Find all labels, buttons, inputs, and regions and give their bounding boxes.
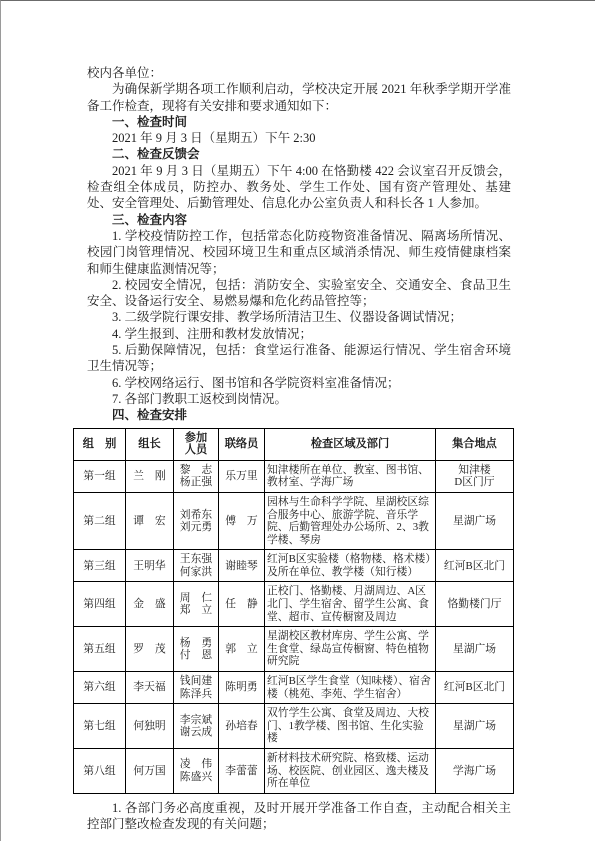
salutation: 校内各单位： bbox=[87, 65, 511, 81]
table-row: 第七组 何独明 李宗斌 谢云成 孙培春 双竹学生公寓、食堂及周边、大校门、1教学… bbox=[74, 704, 514, 749]
header-place: 集合地点 bbox=[436, 428, 514, 460]
cell-place: 恪勤楼门厅 bbox=[436, 582, 514, 627]
cell-members: 凌 伟 陈盛兴 bbox=[174, 749, 219, 794]
cell-leader: 兰 刚 bbox=[126, 460, 174, 492]
cell-group: 第三组 bbox=[74, 550, 126, 582]
cell-area: 双竹学生公寓、食堂及周边、大校门、1教学楼、图书馆、生化实验楼 bbox=[265, 704, 436, 749]
section-heading-time: 一、检查时间 bbox=[87, 114, 511, 130]
cell-members: 刘希东 刘元勇 bbox=[174, 492, 219, 549]
table-row: 第一组 兰 刚 黎 志 杨正强 乐万里 知津楼所在单位、教室、图书馆、教材室、学… bbox=[74, 460, 514, 492]
table-header-row: 组 别 组长 参加 人员 联络员 检查区域及部门 集合地点 bbox=[74, 428, 514, 460]
cell-area: 红河B区实验楼（格物楼、格术楼）及所在单位、教学楼（知行楼） bbox=[265, 550, 436, 582]
cell-group: 第六组 bbox=[74, 672, 126, 704]
cell-group: 第一组 bbox=[74, 460, 126, 492]
table-row: 第六组 李天福 钱间建 陈泽兵 陈明勇 红河B区学生食堂（知味楼）、宿舍楼（桃苑… bbox=[74, 672, 514, 704]
cell-liaison: 任 静 bbox=[219, 582, 265, 627]
cell-liaison: 陈明勇 bbox=[219, 672, 265, 704]
cell-members: 李宗斌 谢云成 bbox=[174, 704, 219, 749]
cell-members: 周 仁 郑 立 bbox=[174, 582, 219, 627]
cell-liaison: 郭 立 bbox=[219, 627, 265, 672]
table-row: 第五组 罗 茂 杨 勇 付 恩 郭 立 星湖校区教材库房、学生公寓、学生食堂、绿… bbox=[74, 627, 514, 672]
table-row: 第三组 王明华 王东强 何家洪 谢睦琴 红河B区实验楼（格物楼、格术楼）及所在单… bbox=[74, 550, 514, 582]
cell-leader: 王明华 bbox=[126, 550, 174, 582]
section-body-feedback: 2021 年 9 月 3 日（星期五）下午 4:00 在恪勤楼 422 会议室召… bbox=[87, 163, 511, 212]
closing-paragraph: 1. 各部门务必高度重视，及时开展开学准备工作自查，主动配合相关主控部门整改检查… bbox=[87, 800, 511, 833]
cell-place: 星湖广场 bbox=[436, 704, 514, 749]
cell-members: 杨 勇 付 恩 bbox=[174, 627, 219, 672]
cell-group: 第二组 bbox=[74, 492, 126, 549]
cell-liaison: 孙培春 bbox=[219, 704, 265, 749]
content-item-5: 5. 后勤保障情况，包括：食堂运行准备、能源运行情况、学生宿舍环境卫生情况等； bbox=[87, 342, 511, 375]
cell-area: 星湖校区教材库房、学生公寓、学生食堂、绿岛宣传橱窗、特色植物研究院 bbox=[265, 627, 436, 672]
header-members: 参加 人员 bbox=[174, 428, 219, 460]
cell-members: 王东强 何家洪 bbox=[174, 550, 219, 582]
cell-liaison: 李蕾蕾 bbox=[219, 749, 265, 794]
intro-paragraph: 为确保新学期各项工作顺利启动，学校决定开展 2021 年秋季学期开学准备工作检查… bbox=[87, 81, 511, 114]
cell-place: 星湖广场 bbox=[436, 627, 514, 672]
cell-members: 黎 志 杨正强 bbox=[174, 460, 219, 492]
cell-leader: 何独明 bbox=[126, 704, 174, 749]
section-heading-arrangement: 四、检查安排 bbox=[87, 407, 511, 423]
section-heading-content: 三、检查内容 bbox=[87, 212, 511, 228]
header-group: 组 别 bbox=[74, 428, 126, 460]
table-row: 第八组 何万国 凌 伟 陈盛兴 李蕾蕾 新材料技术研究院、格致楼、运动场、校医院… bbox=[74, 749, 514, 794]
header-leader: 组长 bbox=[126, 428, 174, 460]
header-liaison: 联络员 bbox=[219, 428, 265, 460]
content-item-7: 7. 各部门教职工返校到岗情况。 bbox=[87, 391, 511, 407]
inspection-arrangement-table: 组 别 组长 参加 人员 联络员 检查区域及部门 集合地点 第一组 兰 刚 黎 … bbox=[73, 428, 514, 794]
content-item-1: 1. 学校疫情防控工作，包括常态化防疫物资准备情况、隔离场所情况、校园门岗管理情… bbox=[87, 228, 511, 277]
cell-liaison: 傅 万 bbox=[219, 492, 265, 549]
cell-area: 红河B区学生食堂（知味楼）、宿舍楼（桃苑、李苑、学生宿舍） bbox=[265, 672, 436, 704]
cell-group: 第七组 bbox=[74, 704, 126, 749]
cell-place: 红河B区北门 bbox=[436, 672, 514, 704]
content-item-3: 3. 二级学院行课安排、教学场所清洁卫生、仪器设备调试情况； bbox=[87, 309, 511, 325]
table-row: 第二组 谭 宏 刘希东 刘元勇 傅 万 园林与生命科学学院、星湖校区综合服务中心… bbox=[74, 492, 514, 549]
header-area: 检查区域及部门 bbox=[265, 428, 436, 460]
content-item-4: 4. 学生报到、注册和教材发放情况； bbox=[87, 326, 511, 342]
cell-place: 知津楼 D区门厅 bbox=[436, 460, 514, 492]
cell-liaison: 乐万里 bbox=[219, 460, 265, 492]
cell-area: 正校门、恪勤楼、月湖周边、A区北门、学生宿舍、留学生公寓、食堂、超市、宣传橱窗及… bbox=[265, 582, 436, 627]
cell-members: 钱间建 陈泽兵 bbox=[174, 672, 219, 704]
cell-leader: 何万国 bbox=[126, 749, 174, 794]
cell-leader: 谭 宏 bbox=[126, 492, 174, 549]
cell-area: 新材料技术研究院、格致楼、运动场、校医院、创业园区、逸夫楼及所在单位 bbox=[265, 749, 436, 794]
cell-group: 第五组 bbox=[74, 627, 126, 672]
section-heading-feedback: 二、检查反馈会 bbox=[87, 146, 511, 162]
cell-leader: 金 盛 bbox=[126, 582, 174, 627]
cell-place: 学海广场 bbox=[436, 749, 514, 794]
content-item-6: 6. 学校网络运行、图书馆和各学院资料室准备情况； bbox=[87, 375, 511, 391]
cell-leader: 李天福 bbox=[126, 672, 174, 704]
cell-place: 星湖广场 bbox=[436, 492, 514, 549]
cell-group: 第四组 bbox=[74, 582, 126, 627]
content-item-2: 2. 校园安全情况，包括：消防安全、实验室安全、交通安全、食品卫生安全、设备运行… bbox=[87, 277, 511, 310]
cell-area: 知津楼所在单位、教室、图书馆、教材室、学海广场 bbox=[265, 460, 436, 492]
section-body-time: 2021 年 9 月 3 日（星期五）下午 2:30 bbox=[87, 130, 511, 146]
table-row: 第四组 金 盛 周 仁 郑 立 任 静 正校门、恪勤楼、月湖周边、A区北门、学生… bbox=[74, 582, 514, 627]
cell-group: 第八组 bbox=[74, 749, 126, 794]
cell-leader: 罗 茂 bbox=[126, 627, 174, 672]
document-page: 校内各单位： 为确保新学期各项工作顺利启动，学校决定开展 2021 年秋季学期开… bbox=[0, 0, 595, 841]
cell-liaison: 谢睦琴 bbox=[219, 550, 265, 582]
cell-place: 红河B区北门 bbox=[436, 550, 514, 582]
cell-area: 园林与生命科学学院、星湖校区综合服务中心、旅游学院、音乐学院、后勤管理处办公场所… bbox=[265, 492, 436, 549]
